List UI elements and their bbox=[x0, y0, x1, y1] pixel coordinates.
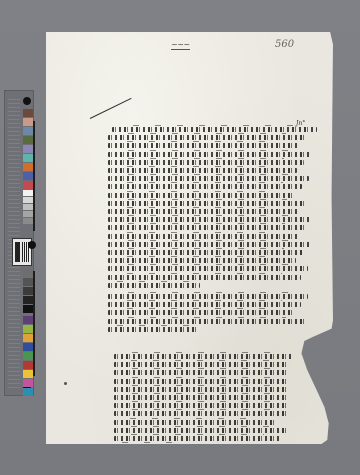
folio-number: 560 bbox=[275, 39, 294, 50]
color-swatch bbox=[23, 118, 33, 126]
grey-swatch bbox=[23, 218, 33, 224]
handwritten-line bbox=[108, 234, 298, 239]
color-swatch bbox=[23, 325, 33, 333]
grey-swatch bbox=[23, 287, 33, 295]
color-swatch bbox=[23, 379, 33, 387]
handwritten-line bbox=[108, 168, 297, 173]
handwritten-line bbox=[108, 310, 294, 315]
chart-hole-mid-icon bbox=[28, 241, 36, 249]
handwritten-line bbox=[108, 217, 312, 222]
marginal-stroke bbox=[90, 98, 132, 119]
grey-swatch bbox=[23, 197, 33, 203]
handwritten-line bbox=[114, 420, 276, 425]
handwritten-line bbox=[114, 354, 294, 359]
handwritten-line bbox=[108, 152, 311, 157]
handwritten-line bbox=[108, 242, 310, 247]
handwritten-line bbox=[108, 193, 295, 198]
chart-rail bbox=[33, 121, 35, 231]
header-mark: ~~~ bbox=[171, 41, 190, 50]
handwritten-line bbox=[108, 302, 301, 307]
margin-note: Jn° bbox=[296, 120, 305, 127]
color-swatch bbox=[23, 145, 33, 153]
handwritten-line bbox=[108, 275, 301, 280]
grey-swatch bbox=[23, 296, 33, 304]
handwritten-line bbox=[114, 387, 289, 392]
color-swatch bbox=[23, 316, 33, 324]
grey-swatch bbox=[23, 190, 33, 196]
handwritten-line bbox=[108, 294, 308, 299]
handwritten-line bbox=[112, 127, 317, 132]
color-calibration-chart bbox=[4, 90, 34, 396]
grey-swatch bbox=[23, 278, 33, 286]
color-swatch bbox=[23, 172, 33, 180]
grey-swatch bbox=[23, 204, 33, 210]
color-swatch bbox=[23, 370, 33, 378]
grey-swatch bbox=[23, 269, 33, 277]
handwritten-line bbox=[114, 403, 289, 408]
handwritten-line bbox=[114, 362, 287, 367]
chart-hole-top-icon bbox=[23, 97, 31, 105]
handwritten-line bbox=[108, 135, 306, 140]
color-swatch bbox=[23, 343, 33, 351]
handwritten-line bbox=[108, 283, 200, 288]
color-swatch bbox=[23, 136, 33, 144]
handwritten-line bbox=[108, 184, 302, 189]
handwritten-line bbox=[108, 201, 307, 206]
handwritten-line bbox=[114, 370, 289, 375]
grey-swatch bbox=[23, 211, 33, 217]
handwritten-line bbox=[114, 395, 289, 400]
color-swatch bbox=[23, 388, 33, 396]
handwritten-line bbox=[108, 250, 303, 255]
handwritten-line bbox=[114, 428, 288, 433]
handwritten-line bbox=[108, 176, 309, 181]
handwritten-line bbox=[114, 411, 289, 416]
handwritten-line bbox=[108, 160, 304, 165]
color-swatch bbox=[23, 163, 33, 171]
color-swatch bbox=[23, 181, 33, 189]
handwritten-line bbox=[114, 379, 289, 384]
manuscript-page: ~~~ 560 Jn° bbox=[46, 32, 333, 444]
color-swatch bbox=[23, 154, 33, 162]
handwritten-line bbox=[114, 436, 281, 441]
color-swatch bbox=[23, 361, 33, 369]
handwritten-line bbox=[108, 225, 305, 230]
handwritten-line bbox=[108, 143, 299, 148]
ink-dot bbox=[64, 382, 67, 385]
handwritten-line bbox=[108, 319, 306, 324]
grey-swatch bbox=[23, 305, 33, 313]
color-swatch bbox=[23, 352, 33, 360]
color-swatch bbox=[23, 127, 33, 135]
handwritten-line bbox=[108, 327, 198, 332]
handwritten-line bbox=[108, 209, 300, 214]
chart-rail bbox=[33, 271, 35, 376]
color-swatch bbox=[23, 334, 33, 342]
handwritten-line bbox=[108, 266, 308, 271]
color-swatch bbox=[23, 109, 33, 117]
handwritten-line bbox=[108, 258, 296, 263]
